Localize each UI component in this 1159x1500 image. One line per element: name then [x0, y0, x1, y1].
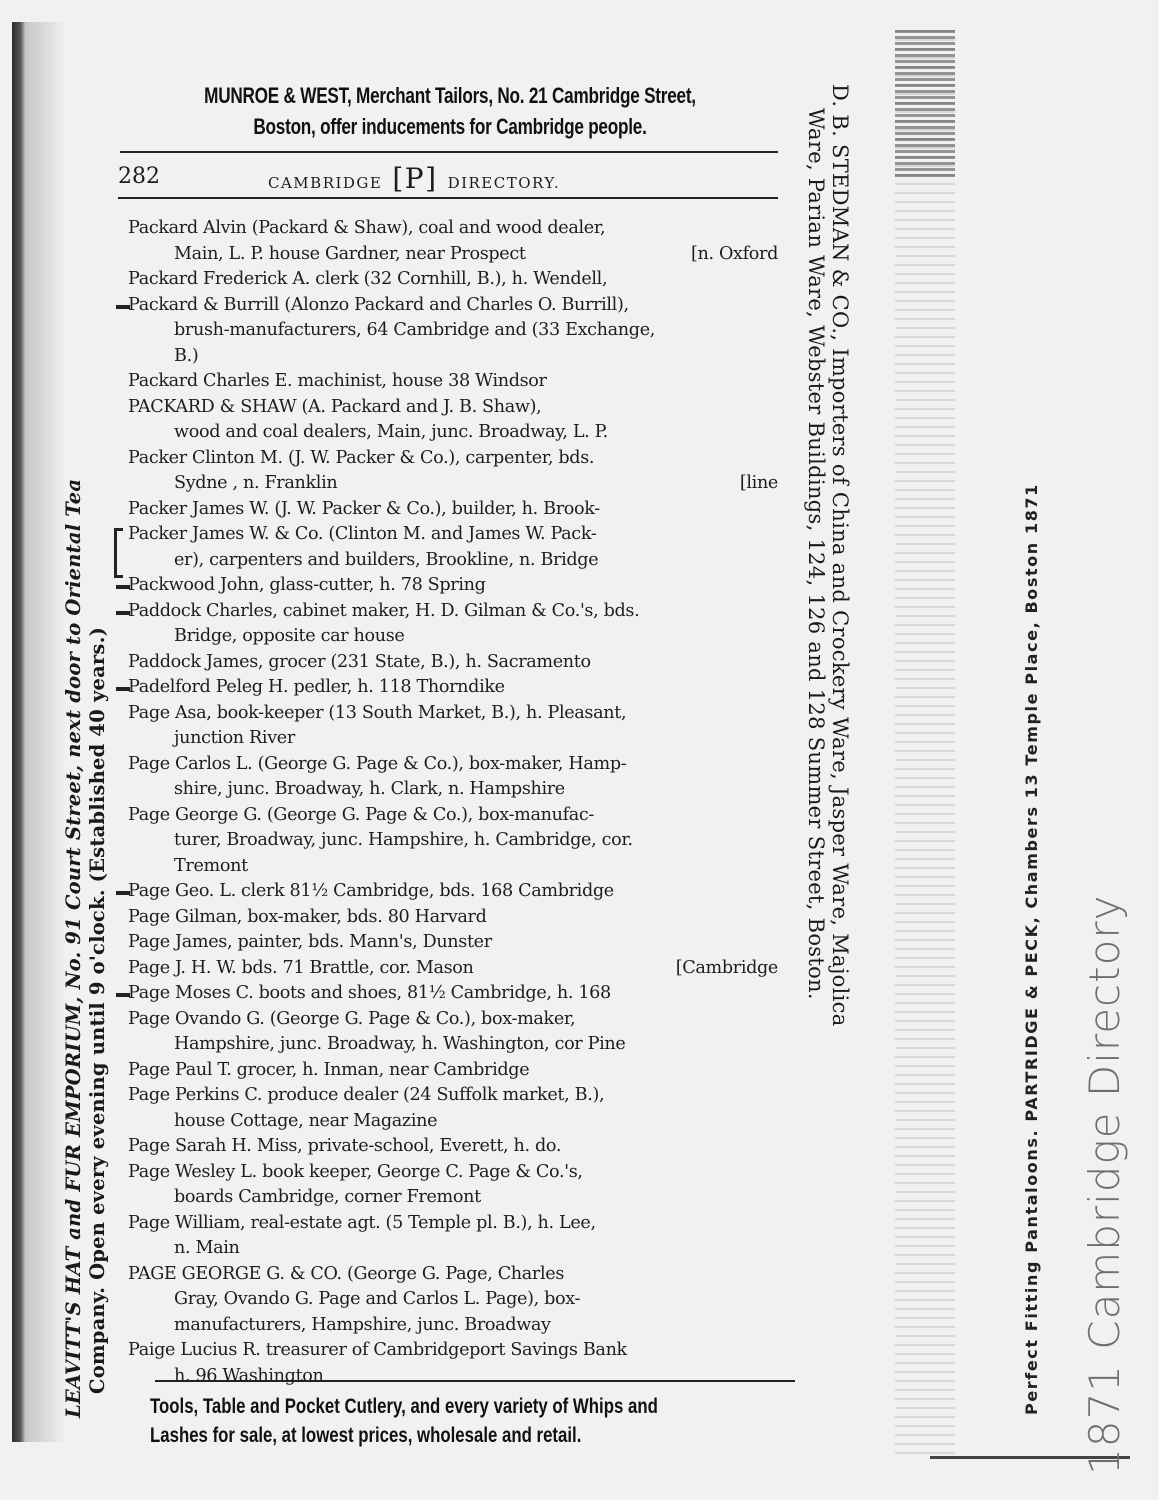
scan-edge-shadow — [12, 22, 26, 1442]
directory-entry: Packwood John, glass-cutter, h. 78 Sprin… — [128, 573, 778, 599]
margin-dash-mark — [116, 611, 130, 615]
directory-entry: Packard Frederick A. clerk (32 Cornhill,… — [128, 267, 778, 293]
entry-continuation: wood and coal dealers, Main, junc. Broad… — [174, 422, 608, 442]
bottom-ad-line-2: Lashes for sale, at lowest prices, whole… — [150, 1421, 726, 1450]
margin-dash-mark — [116, 305, 130, 309]
directory-entry: Page Perkins C. produce dealer (24 Suffo… — [128, 1083, 778, 1134]
entry-overflow-note: [n. Oxford — [691, 242, 778, 268]
directory-entry: Packard Charles E. machinist, house 38 W… — [128, 369, 778, 395]
scan-noise-strip — [895, 30, 955, 1460]
scan-edge-gradient — [26, 22, 66, 1442]
margin-dash-mark — [116, 891, 130, 895]
entry-line: Packard Frederick A. clerk (32 Cornhill,… — [128, 269, 607, 289]
entry-continuation: manufacturers, Hampshire, junc. Broadway — [174, 1315, 551, 1335]
directory-entry: Packer Clinton M. (J. W. Packer & Co.), … — [128, 446, 778, 497]
entry-continuation: brush-manufacturers, 64 Cambridge and (3… — [174, 320, 655, 340]
handwritten-annotation: 1871 Cambridge Directory — [1080, 895, 1129, 1475]
entry-overflow-note: [line — [740, 471, 778, 497]
entry-line: Page James, painter, bds. Mann's, Dunste… — [128, 932, 492, 952]
entry-continuation: boards Cambridge, corner Fremont — [174, 1187, 481, 1207]
entry-continuation: er), carpenters and builders, Brookline,… — [174, 550, 598, 570]
running-title-left: CAMBRIDGE — [268, 174, 382, 192]
directory-entry: Page George G. (George G. Page & Co.), b… — [128, 803, 778, 880]
entry-line: Packer James W. & Co. (Clinton M. and Ja… — [128, 524, 596, 544]
entry-line: Padelford Peleg H. pedler, h. 118 Thornd… — [128, 677, 505, 697]
left-ad-line-1: LEAVITT'S HAT and FUR EMPORIUM, No. 91 C… — [62, 479, 86, 1418]
left-margin-advertisement: LEAVITT'S HAT and FUR EMPORIUM, No. 91 C… — [62, 479, 110, 1418]
entry-continuation: n. Main — [174, 1238, 240, 1258]
directory-entry: Paddock James, grocer (231 State, B.), h… — [128, 650, 778, 676]
entry-line: Packard & Burrill (Alonzo Packard and Ch… — [128, 295, 629, 315]
margin-dash-mark — [116, 585, 130, 589]
top-advertisement: MUNROE & WEST, Merchant Tailors, No. 21 … — [177, 80, 723, 142]
margin-dash-mark — [116, 687, 130, 691]
footer-rule — [155, 1380, 795, 1382]
entry-continuation: Bridge, opposite car house — [174, 626, 404, 646]
entry-line: Packard Charles E. machinist, house 38 W… — [128, 371, 547, 391]
directory-entry: Page Carlos L. (George G. Page & Co.), b… — [128, 752, 778, 803]
entry-continuation: Main, L. P. house Gardner, near Prospect — [174, 244, 526, 264]
entry-line: Paddock James, grocer (231 State, B.), h… — [128, 652, 591, 672]
right-ad-line-1: D. B. STEDMAN & CO., Importers of China … — [828, 84, 852, 1027]
bottom-ad-line-1: Tools, Table and Pocket Cutlery, and eve… — [150, 1392, 726, 1421]
page-header: 282 CAMBRIDGE [P] DIRECTORY. — [118, 160, 778, 194]
directory-entry: Page Asa, book-keeper (13 South Market, … — [128, 701, 778, 752]
entry-line: Page Geo. L. clerk 81½ Cambridge, bds. 1… — [128, 881, 614, 901]
entry-line: Page Carlos L. (George G. Page & Co.), b… — [128, 754, 626, 774]
header-rule-top — [120, 151, 778, 153]
directory-entry: Page Geo. L. clerk 81½ Cambridge, bds. 1… — [128, 879, 778, 905]
top-ad-line-1: MUNROE & WEST, Merchant Tailors, No. 21 … — [177, 80, 723, 111]
right-ad-line-2: Ware, Parian Ware, Webster Buildings, 12… — [804, 84, 828, 1027]
running-title: CAMBRIDGE [P] DIRECTORY. — [268, 166, 560, 199]
entry-line: PACKARD & SHAW (A. Packard and J. B. Sha… — [128, 397, 541, 417]
entry-continuation: Hampshire, junc. Broadway, h. Washington… — [174, 1034, 625, 1054]
running-title-right: DIRECTORY. — [448, 174, 561, 192]
entry-line: Packer Clinton M. (J. W. Packer & Co.), … — [128, 448, 594, 468]
entry-line: Packard Alvin (Packard & Shaw), coal and… — [128, 218, 605, 238]
page-number: 282 — [118, 164, 160, 189]
margin-dash-mark — [116, 993, 130, 997]
directory-entry: Padelford Peleg H. pedler, h. 118 Thornd… — [128, 675, 778, 701]
directory-entry: PACKARD & SHAW (A. Packard and J. B. Sha… — [128, 395, 778, 446]
top-ad-line-2: Boston, offer inducements for Cambridge … — [177, 111, 723, 142]
entry-line: Packwood John, glass-cutter, h. 78 Sprin… — [128, 575, 486, 595]
directory-entry: Page Moses C. boots and shoes, 81½ Cambr… — [128, 981, 778, 1007]
bottom-advertisement: Tools, Table and Pocket Cutlery, and eve… — [150, 1392, 726, 1450]
entry-continuation: junction River — [174, 728, 295, 748]
entry-continuation: house Cottage, near Magazine — [174, 1111, 437, 1131]
directory-entry: Paddock Charles, cabinet maker, H. D. Gi… — [128, 599, 778, 650]
directory-entry: Packer James W. & Co. (Clinton M. and Ja… — [128, 522, 778, 573]
entry-line: Page Moses C. boots and shoes, 81½ Cambr… — [128, 983, 611, 1003]
directory-entries: Packard Alvin (Packard & Shaw), coal and… — [128, 216, 778, 1389]
entry-continuation: B.) — [174, 346, 198, 366]
entry-line: PAGE GEORGE G. & CO. (George G. Page, Ch… — [128, 1264, 564, 1284]
entry-line: Page Sarah H. Miss, private-school, Ever… — [128, 1136, 561, 1156]
directory-entry: Page Gilman, box-maker, bds. 80 Harvard — [128, 905, 778, 931]
entry-line: Paige Lucius R. treasurer of Cambridgepo… — [128, 1340, 627, 1360]
directory-entry: Page Paul T. grocer, h. Inman, near Camb… — [128, 1058, 778, 1084]
entry-line: Page William, real-estate agt. (5 Temple… — [128, 1213, 596, 1233]
entry-continuation: h. 96 Washington — [174, 1366, 324, 1386]
directory-entry: [CambridgePage J. H. W. bds. 71 Brattle,… — [128, 956, 778, 982]
entry-line: Page Perkins C. produce dealer (24 Suffo… — [128, 1085, 604, 1105]
entry-continuation: Gray, Ovando G. Page and Carlos L. Page)… — [174, 1289, 580, 1309]
directory-entry: PAGE GEORGE G. & CO. (George G. Page, Ch… — [128, 1262, 778, 1339]
directory-entry: Page James, painter, bds. Mann's, Dunste… — [128, 930, 778, 956]
entry-continuation: turer, Broadway, junc. Hampshire, h. Cam… — [174, 830, 633, 850]
scan-noise-dark — [895, 30, 955, 180]
directory-entry: Packard & Burrill (Alonzo Packard and Ch… — [128, 293, 778, 370]
right-margin-advertisement: D. B. STEDMAN & CO., Importers of China … — [804, 84, 852, 1027]
entry-line: Page Asa, book-keeper (13 South Market, … — [128, 703, 626, 723]
entry-line: Page Gilman, box-maker, bds. 80 Harvard — [128, 907, 487, 927]
entry-line: Paddock Charles, cabinet maker, H. D. Gi… — [128, 601, 639, 621]
directory-entry: Page Wesley L. book keeper, George C. Pa… — [128, 1160, 778, 1211]
entry-line: Page J. H. W. bds. 71 Brattle, cor. Maso… — [128, 958, 474, 978]
header-rule-bottom — [118, 197, 778, 199]
entry-line: Packer James W. (J. W. Packer & Co.), bu… — [128, 499, 600, 519]
entry-line: Page Paul T. grocer, h. Inman, near Camb… — [128, 1060, 529, 1080]
entry-line: Page Ovando G. (George G. Page & Co.), b… — [128, 1009, 575, 1029]
far-right-advertisement: Perfect Fitting Pantaloons. PARTRIDGE & … — [1022, 483, 1041, 1415]
directory-entry: Page Sarah H. Miss, private-school, Ever… — [128, 1134, 778, 1160]
section-letter: [P] — [392, 162, 437, 195]
directory-entry: Packer James W. (J. W. Packer & Co.), bu… — [128, 497, 778, 523]
margin-bracket-mark — [114, 528, 123, 578]
entry-continuation: Sydne , n. Franklin — [174, 473, 337, 493]
left-ad-line-2: Company. Open every evening until 9 o'cl… — [86, 479, 110, 1418]
directory-entry: Packard Alvin (Packard & Shaw), coal and… — [128, 216, 778, 267]
entry-line: Page George G. (George G. Page & Co.), b… — [128, 805, 594, 825]
entry-line: Page Wesley L. book keeper, George C. Pa… — [128, 1162, 583, 1182]
entry-overflow-note: [Cambridge — [676, 956, 778, 982]
entry-continuation: shire, junc. Broadway, h. Clark, n. Hamp… — [174, 779, 565, 799]
directory-entry: Page Ovando G. (George G. Page & Co.), b… — [128, 1007, 778, 1058]
entry-continuation: Tremont — [174, 856, 248, 876]
directory-entry: Page William, real-estate agt. (5 Temple… — [128, 1211, 778, 1262]
